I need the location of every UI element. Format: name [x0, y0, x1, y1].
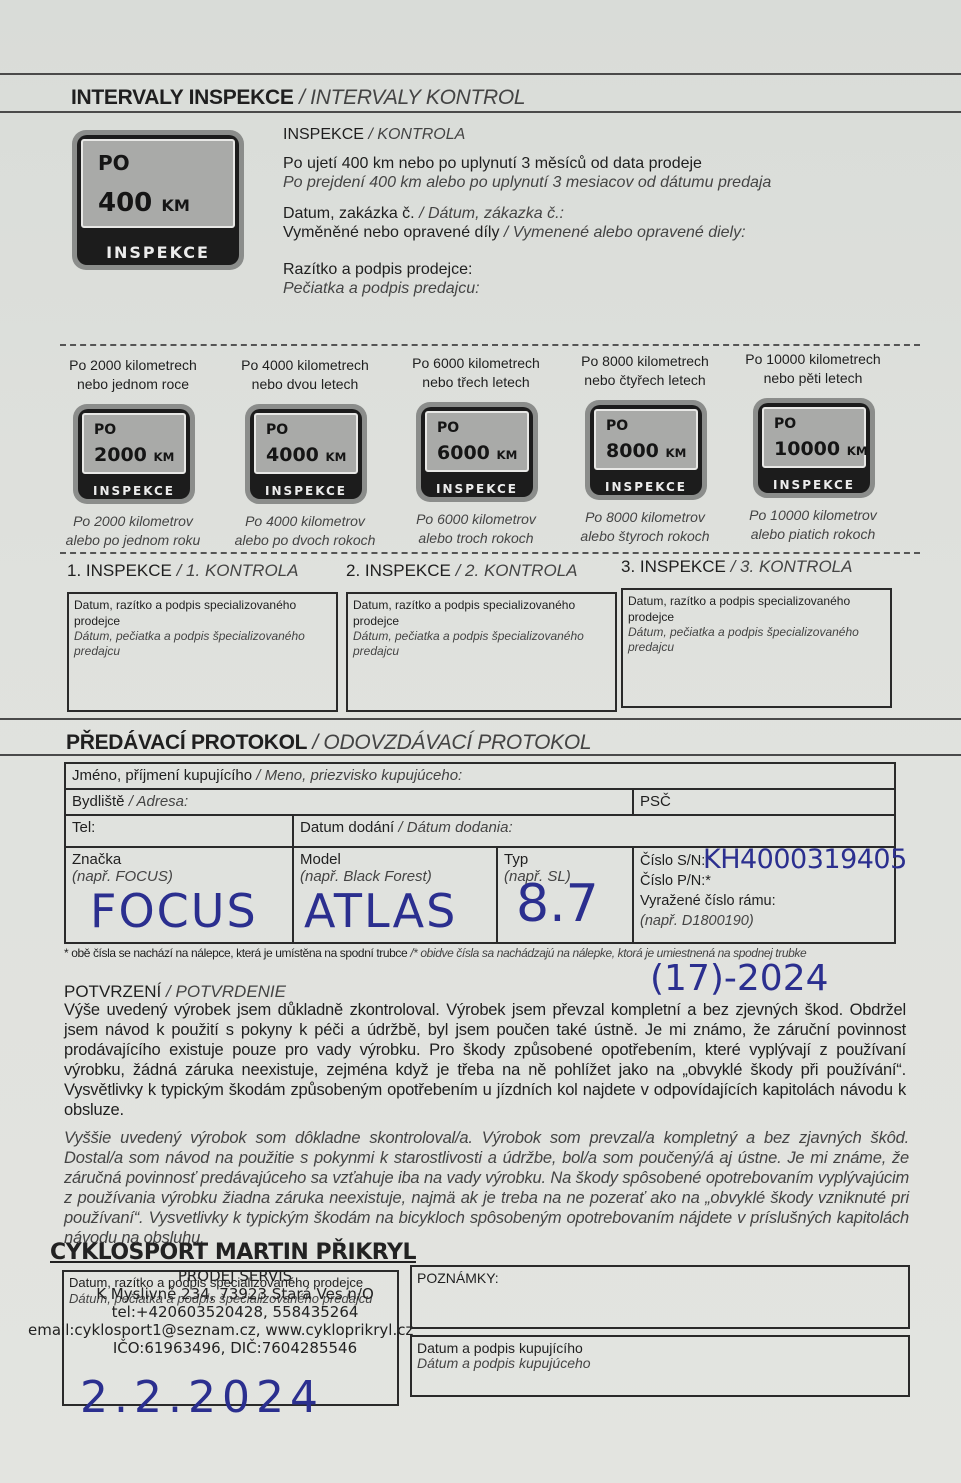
- interval-badge: PO6000 KMINSPEKCE: [416, 402, 538, 502]
- interval-badge: PO2000 KMINSPEKCE: [73, 404, 195, 504]
- section-rule: [0, 754, 961, 756]
- model-field[interactable]: Model (např. Black Forest) ATLAS: [293, 847, 497, 943]
- seller-stamp: CYKLOSPORT MARTIN PŘIKRYL PRODEJ SERVIS …: [20, 1240, 450, 1357]
- main-inspection-info: INSPEKCE / KONTROLA Po ujetí 400 km nebo…: [283, 125, 843, 298]
- serial-number-handwritten: KH4000319405: [703, 844, 907, 875]
- handwritten-date: 2.2.2024: [80, 1372, 324, 1423]
- section-rule: [0, 111, 961, 113]
- confirmation-title: POTVRZENÍ / POTVRDENIE: [64, 982, 286, 1001]
- inspection-signature-box[interactable]: Datum, razítko a podpis specializovaného…: [621, 588, 892, 708]
- section-title-handover: PŘEDÁVACÍ PROTOKOL / ODOVZDÁVACÍ PROTOKO…: [66, 731, 591, 755]
- brand-handwritten: FOCUS: [90, 884, 258, 938]
- delivery-date-field[interactable]: Datum dodání / Dátum dodania:: [293, 815, 895, 847]
- confirmation-text-sk: Vyššie uvedený výrobok som dôkladne skon…: [64, 1128, 909, 1248]
- notes-box[interactable]: POZNÁMKY:: [410, 1265, 910, 1329]
- zip-field[interactable]: PSČ: [633, 789, 895, 815]
- phone-field[interactable]: Tel:: [65, 815, 293, 847]
- inspection-signature-box[interactable]: Datum, razítko a podpis specializovaného…: [67, 592, 338, 712]
- interval-badge: PO4000 KMINSPEKCE: [245, 404, 367, 504]
- top-rule: [0, 73, 961, 75]
- buyer-name-field[interactable]: Jméno, příjmení kupujícího / Meno, priez…: [65, 763, 895, 789]
- model-handwritten: ATLAS: [304, 884, 457, 938]
- type-field[interactable]: Typ (např. SL) 8.7: [497, 847, 633, 943]
- confirmation-text-cz: Výše uvedený výrobek jsem důkladně zkont…: [64, 1000, 906, 1120]
- inspection-signature-box[interactable]: Datum, razítko a podpis specializovaného…: [346, 592, 617, 712]
- dashed-divider: [60, 344, 920, 346]
- brand-field[interactable]: Značka (např. FOCUS) FOCUS: [65, 847, 293, 943]
- section-title-intervals: INTERVALY INSPEKCE / INTERVALY KONTROL: [71, 86, 525, 110]
- type-handwritten: 8.7: [516, 874, 599, 934]
- interval-badge: PO10000 KMINSPEKCE: [753, 398, 875, 498]
- interval-badge: PO8000 KMINSPEKCE: [585, 400, 707, 500]
- address-field[interactable]: Bydliště / Adresa:: [65, 789, 633, 815]
- section-rule: [0, 718, 961, 720]
- buyer-signature-box[interactable]: Datum a podpis kupujícího Dátum a podpis…: [410, 1335, 910, 1397]
- handwritten-note: (17)-2024: [650, 958, 829, 999]
- inspection-400km-badge: PO 400 KM INSPEKCE: [72, 130, 244, 270]
- dashed-divider: [60, 552, 920, 554]
